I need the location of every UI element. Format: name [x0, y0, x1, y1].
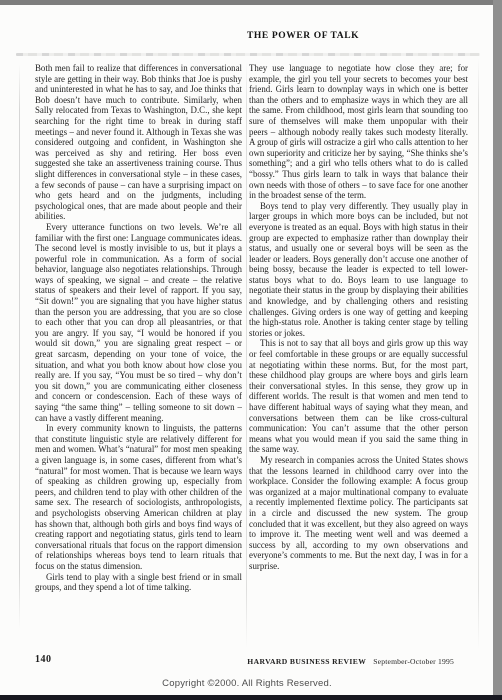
journal-footer-line: HARVARD BUSINESS REVIEWSeptember-October…: [247, 657, 454, 666]
copyright-notice: Copyright ©2000. All Rights Reserved.: [0, 678, 494, 689]
scan-edge-right: [493, 0, 502, 700]
scan-artifact-left-rule: [19, 64, 20, 629]
journal-issue-date: September-October 1995: [373, 657, 454, 666]
paragraph: My research in companies across the Unit…: [249, 455, 468, 572]
page-number: 140: [35, 654, 52, 665]
paragraph: Boys tend to play very differently. They…: [249, 201, 468, 339]
paragraph: Both men fail to realize that difference…: [35, 63, 242, 222]
scan-edge-top: [0, 0, 502, 5]
text-column-left: Both men fail to realize that difference…: [35, 63, 242, 593]
running-head-title: THE POWER OF TALK: [247, 31, 359, 41]
paragraph: They use language to negotiate how close…: [249, 63, 468, 201]
scan-artifact-horizontal-line: [16, 53, 480, 56]
paragraph: This is not to say that all boys and gir…: [249, 338, 468, 455]
paragraph: In every community known to linguists, t…: [35, 423, 242, 571]
scan-artifact-right-rule: [478, 58, 479, 650]
paragraph: Every utterance functions on two levels.…: [35, 222, 242, 423]
scan-edge-bottom: [0, 695, 502, 700]
paragraph: Girls tend to play with a single best fr…: [35, 572, 242, 593]
text-column-right: They use language to negotiate how close…: [249, 63, 468, 593]
article-body: Both men fail to realize that difference…: [35, 63, 468, 593]
scanned-article-page: THE POWER OF TALK Both men fail to reali…: [0, 0, 502, 700]
journal-name: HARVARD BUSINESS REVIEW: [247, 657, 366, 666]
